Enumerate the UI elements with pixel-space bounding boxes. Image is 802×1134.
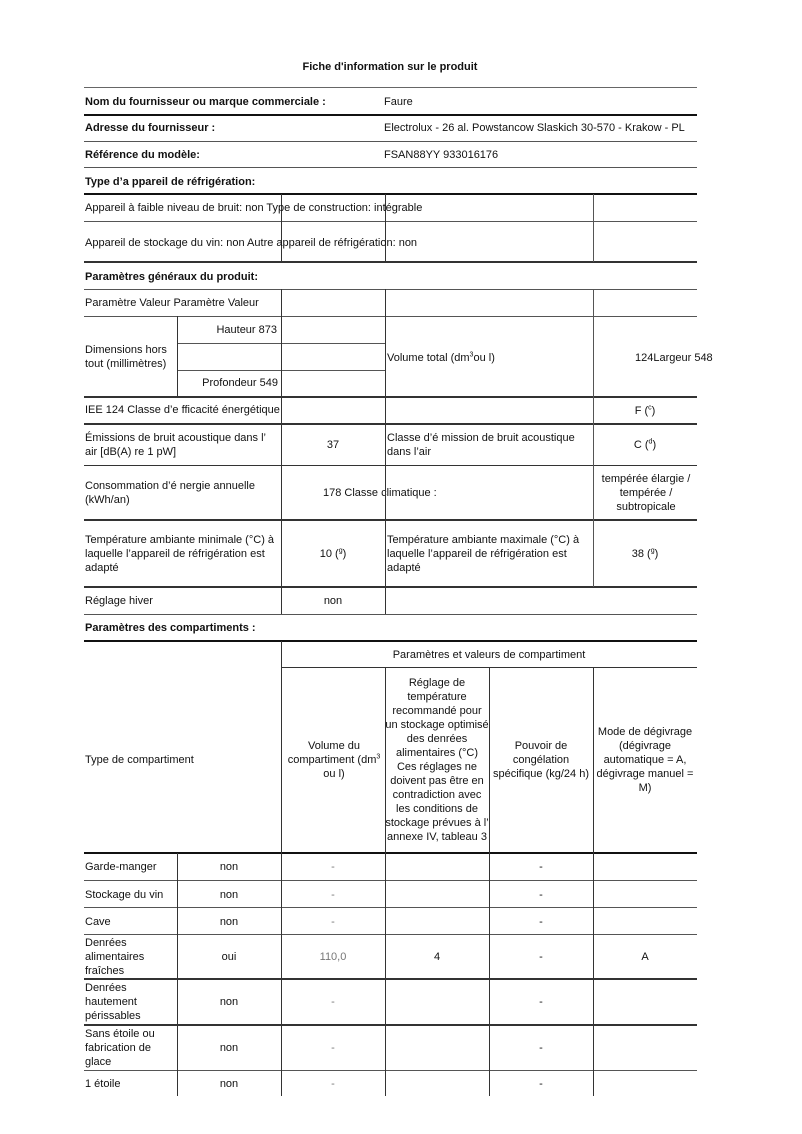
supplier-address-value: Electrolux - 26 al. Powstancow Slaskich … — [384, 121, 685, 135]
compartment-volume-text: - — [331, 1077, 335, 1091]
divider — [84, 261, 697, 263]
col-temp-text: Réglage de température recommandé pour u… — [385, 676, 489, 844]
compartment-defrost — [593, 853, 697, 881]
compartment-temp-text: 4 — [434, 950, 440, 964]
compartment-volume: - — [281, 908, 385, 935]
divider — [84, 193, 697, 195]
supplier-name-value: Faure — [384, 95, 413, 109]
compartment-volume: - — [281, 1071, 385, 1097]
divider — [84, 586, 697, 588]
compartment-type: Garde-manger — [85, 853, 173, 881]
grid-line — [593, 194, 594, 262]
compartment-volume: - — [281, 979, 385, 1025]
compartment-freeze-text: - — [539, 888, 543, 902]
compartment-present: non — [177, 979, 281, 1025]
volume-total-label: Volume total (dm3ou l) — [387, 351, 495, 365]
min-temp-label: Température ambiante minimale (°C) à laq… — [85, 521, 279, 587]
compartment-volume-text: - — [331, 860, 335, 874]
compartment-freeze: - — [489, 853, 593, 881]
divider — [84, 614, 697, 615]
min-temp-close: ) — [343, 548, 347, 560]
compartment-type: Stockage du vin — [85, 881, 173, 908]
compartment-temp — [385, 1071, 489, 1097]
compartment-volume-text: - — [331, 915, 335, 929]
compartment-temp — [385, 1025, 489, 1071]
col-volume-post: ou l) — [323, 768, 344, 780]
compartment-freeze-text: - — [539, 1077, 543, 1091]
compartment-temp — [385, 908, 489, 935]
compartment-group-header: Paramètres et valeurs de compartiment — [281, 648, 697, 662]
noise-class-label-text: Classe d’é mission de bruit acoustique d… — [387, 431, 587, 459]
compartment-freeze: - — [489, 1025, 593, 1071]
model-value: FSAN88YY 933016176 — [384, 148, 498, 162]
compartment-type-text: Denrées hautement périssables — [85, 981, 173, 1023]
dimension-depth: Profondeur 549 — [177, 376, 278, 390]
divider — [84, 141, 697, 142]
noise-class-value: C (d) — [593, 424, 697, 465]
divider — [84, 640, 697, 642]
supplier-address-label: Adresse du fournisseur : — [85, 121, 215, 135]
compartment-type-text: Denrées alimentaires fraîches — [85, 936, 173, 978]
grid-line — [593, 289, 594, 587]
volume-label-pre: Volume total (dm — [387, 352, 470, 364]
grid-line — [489, 668, 490, 1096]
grid-line — [281, 289, 282, 614]
compartment-defrost: A — [593, 935, 697, 979]
max-temp-value: 38 (g) — [593, 521, 697, 587]
col-volume-pre: Volume du compartiment (dm — [288, 740, 377, 766]
volume-total-value: 124Largeur 548 — [635, 351, 713, 365]
compartment-freeze: - — [489, 1071, 593, 1097]
compartment-freeze-text: - — [539, 915, 543, 929]
col-type-header: Type de compartiment — [85, 668, 275, 852]
compartment-freeze-text: - — [539, 860, 543, 874]
col-type-text: Type de compartiment — [85, 753, 194, 767]
divider — [84, 167, 697, 168]
appliance-type-row-2: Appareil de stockage du vin: non Autre a… — [85, 236, 417, 250]
compartment-freeze-text: - — [539, 995, 543, 1009]
grid-line — [385, 668, 386, 1096]
compartment-defrost — [593, 1025, 697, 1071]
compartment-volume: 110,0 — [281, 935, 385, 979]
iee-label: IEE 124 Classe d’e fficacité énergétique — [85, 403, 280, 417]
noise-class-label: Classe d’é mission de bruit acoustique d… — [387, 424, 587, 465]
compartment-type-text: Cave — [85, 915, 111, 929]
compartment-type-text: Stockage du vin — [85, 888, 163, 902]
compartment-present-text: oui — [222, 950, 237, 964]
compartment-present: non — [177, 853, 281, 881]
max-temp: 38 ( — [632, 548, 651, 560]
winter-label: Réglage hiver — [85, 594, 153, 608]
compartment-present: oui — [177, 935, 281, 979]
appliance-type-row-1: Appareil à faible niveau de bruit: non T… — [85, 201, 422, 215]
general-params-header: Paramètres généraux du produit: — [85, 270, 258, 284]
climate-class-value: tempérée élargie / tempérée / subtropica… — [593, 466, 699, 520]
min-temp-label-text: Température ambiante minimale (°C) à laq… — [85, 533, 279, 575]
compartment-freeze: - — [489, 979, 593, 1025]
compartment-temp — [385, 853, 489, 881]
col-volume-header: Volume du compartiment (dm3 ou l) — [283, 668, 385, 852]
consumption-label-text: Consommation d’é nergie annuelle (kWh/an… — [85, 479, 275, 507]
compartment-present: non — [177, 908, 281, 935]
supplier-name-label: Nom du fournisseur ou marque commerciale… — [85, 95, 326, 109]
col-defrost-header: Mode de dégivrage (dégivrage automatique… — [593, 668, 697, 852]
divider — [84, 114, 697, 116]
col-freeze-text: Pouvoir de congélation spécifique (kg/24… — [489, 739, 593, 781]
compartment-present: non — [177, 1071, 281, 1097]
col-freeze-header: Pouvoir de congélation spécifique (kg/24… — [489, 668, 593, 852]
compartment-present-text: non — [220, 860, 238, 874]
noise-value-text: 37 — [327, 438, 339, 452]
volume-label-post: ou l) — [473, 352, 494, 364]
compartment-type: Denrées hautement périssables — [85, 979, 173, 1025]
energy-class-close: ) — [652, 405, 656, 417]
compartment-present: non — [177, 881, 281, 908]
climate-class-text: tempérée élargie / tempérée / subtropica… — [593, 472, 699, 514]
param-value-header: Paramètre Valeur Paramètre Valeur — [85, 296, 259, 310]
compartment-volume-text: - — [331, 888, 335, 902]
compartment-volume-text: 110,0 — [320, 950, 347, 964]
compartment-freeze-text: - — [539, 950, 543, 964]
compartment-volume: - — [281, 853, 385, 881]
page-title: Fiche d'information sur le produit — [0, 60, 780, 74]
compartment-freeze: - — [489, 908, 593, 935]
compartment-type-text: 1 étoile — [85, 1077, 120, 1091]
compartment-defrost — [593, 979, 697, 1025]
compartment-temp — [385, 979, 489, 1025]
col-temp-header: Réglage de température recommandé pour u… — [385, 668, 489, 852]
consumption-value: 178 Classe climatique : — [323, 466, 523, 520]
compartments-header: Paramètres des compartiments : — [85, 621, 256, 635]
compartment-type-text: Garde-manger — [85, 860, 157, 874]
compartment-present-text: non — [220, 1077, 238, 1091]
compartment-present: non — [177, 1025, 281, 1071]
compartment-type-text: Sans étoile ou fabrication de glace — [85, 1027, 173, 1069]
compartment-temp — [385, 881, 489, 908]
min-temp: 10 ( — [320, 548, 339, 560]
model-label: Référence du modèle: — [85, 148, 200, 162]
grid-line — [281, 641, 282, 1096]
compartment-present-text: non — [220, 888, 238, 902]
noise-value: 37 — [281, 424, 385, 465]
dimensions-label-text: Dimensions hors tout (millimètres) — [85, 343, 177, 371]
divider — [84, 289, 697, 290]
noise-class-close: ) — [652, 439, 656, 451]
compartment-defrost-text: A — [641, 950, 648, 964]
compartment-volume: - — [281, 881, 385, 908]
max-temp-label: Température ambiante maximale (°C) à laq… — [387, 521, 587, 587]
noise-label-text: Émissions de bruit acoustique dans l’ ai… — [85, 431, 275, 459]
compartment-defrost — [593, 1071, 697, 1097]
compartment-present-text: non — [220, 1041, 238, 1055]
dimensions-label: Dimensions hors tout (millimètres) — [85, 316, 177, 397]
noise-class: C ( — [634, 439, 649, 451]
compartment-freeze: - — [489, 881, 593, 908]
col-volume-sup: 3 — [376, 753, 380, 760]
energy-class-value: F (c) — [593, 404, 697, 418]
compartment-volume-text: - — [331, 1041, 335, 1055]
compartment-defrost — [593, 881, 697, 908]
compartment-present-text: non — [220, 915, 238, 929]
divider — [84, 87, 697, 88]
grid-line — [385, 289, 386, 614]
appliance-type-header: Type d’a ppareil de réfrigération: — [85, 175, 255, 189]
compartment-type: Denrées alimentaires fraîches — [85, 935, 173, 979]
compartment-freeze-text: - — [539, 1041, 543, 1055]
consumption-label: Consommation d’é nergie annuelle (kWh/an… — [85, 466, 275, 520]
compartment-volume-text: - — [331, 995, 335, 1009]
compartment-temp: 4 — [385, 935, 489, 979]
compartment-volume: - — [281, 1025, 385, 1071]
max-temp-label-text: Température ambiante maximale (°C) à laq… — [387, 533, 587, 575]
compartment-defrost — [593, 908, 697, 935]
compartment-type: 1 étoile — [85, 1071, 173, 1097]
noise-label: Émissions de bruit acoustique dans l’ ai… — [85, 424, 275, 465]
consumption-value-text: 178 Classe climatique : — [323, 486, 437, 500]
energy-class: F ( — [635, 405, 648, 417]
col-defrost-text: Mode de dégivrage (dégivrage automatique… — [593, 725, 697, 795]
dimension-height: Hauteur 873 — [177, 323, 277, 337]
divider — [84, 221, 697, 222]
max-temp-close: ) — [655, 548, 659, 560]
compartment-freeze: - — [489, 935, 593, 979]
grid-line — [177, 853, 178, 1096]
min-temp-value: 10 (g) — [281, 521, 385, 587]
winter-value: non — [281, 594, 385, 608]
compartment-present-text: non — [220, 995, 238, 1009]
compartment-type: Sans étoile ou fabrication de glace — [85, 1025, 173, 1071]
compartment-type: Cave — [85, 908, 173, 935]
grid-line — [593, 668, 594, 1096]
